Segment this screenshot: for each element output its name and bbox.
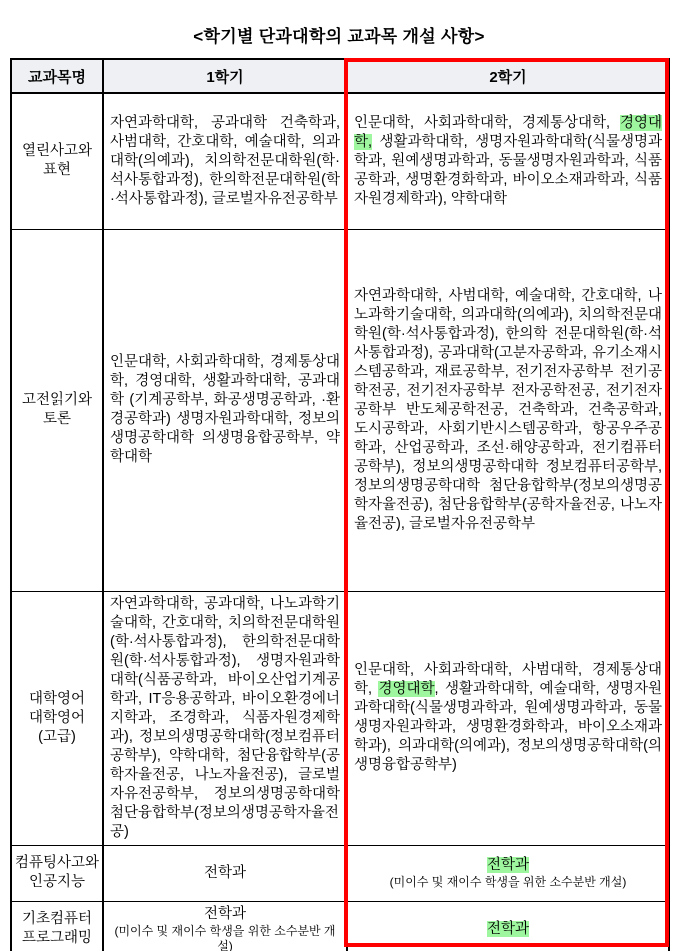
table-row: 고전읽기와 토론 인문대학, 사회과학대학, 경제통상대학, 경영대학, 생활과…: [11, 229, 669, 591]
cell-note: (미이수 및 재이수 학생을 위한 소수분반 개설): [110, 924, 340, 951]
highlighted-text: 전학과: [487, 857, 529, 873]
table-row: 대학영어 대학영어 (고급) 자연과학대학, 공과대학, 나노과학기술대학, 간…: [11, 591, 669, 845]
sem1-cell: 자연과학대학, 공과대학, 나노과학기술대학, 간호대학, 치의학전문대학원(학…: [103, 591, 347, 845]
cell-text: 자연과학대학, 공과대학, 나노과학기술대학, 간호대학, 치의학전문대학원(학…: [110, 596, 340, 840]
cell-text: 자연과학대학, 사범대학, 예술대학, 간호대학, 나노과학기술대학, 의과대학…: [354, 288, 662, 532]
highlighted-text: 경영대학: [378, 681, 434, 697]
header-row: 교과목명 1학기 2학기: [11, 59, 669, 93]
course-name-cell: 컴퓨팅사고와 인공지능: [11, 845, 103, 901]
sem2-cell: 자연과학대학, 사범대학, 예술대학, 간호대학, 나노과학기술대학, 의과대학…: [347, 229, 669, 591]
cell-text: 전학과: [204, 865, 246, 881]
sem1-cell: 전학과: [103, 845, 347, 901]
document-page: <학기별 단과대학의 교과목 개설 사항> 교과목명 1학기 2학기 열린사고와…: [0, 0, 678, 951]
cell-text: 전학과: [204, 906, 246, 922]
course-name-cell: 열린사고와 표현: [11, 93, 103, 229]
page-title: <학기별 단과대학의 교과목 개설 사항>: [0, 22, 678, 47]
cell-text: 생활과학대학, 생명자원과학대학(식물생명과학과, 원예생명과학과, 동물생명자…: [354, 134, 662, 207]
header-semester-2: 2학기: [347, 59, 669, 93]
header-semester-1: 1학기: [103, 59, 347, 93]
table-row: 컴퓨팅사고와 인공지능 전학과 전학과 (미이수 및 재이수 학생을 위한 소수…: [11, 845, 669, 901]
sem2-cell: 인문대학, 사회과학대학, 사범대학, 경제통상대학, 경영대학, 생활과학대학…: [347, 591, 669, 845]
sem2-cell: 인문대학, 사회과학대학, 경제통상대학, 경영대학, 생활과학대학, 생명자원…: [347, 93, 669, 229]
cell-note: (미이수 및 재이수 학생을 위한 소수분반 개설): [354, 875, 662, 890]
course-name-cell: 기초컴퓨터 프로그래밍: [11, 901, 103, 951]
cell-text: 자연과학대학, 공과대학 건축학과, 사범대학, 간호대학, 예술대학, 의과대…: [110, 115, 340, 207]
course-name-cell: 고전읽기와 토론: [11, 229, 103, 591]
sem1-cell: 자연과학대학, 공과대학 건축학과, 사범대학, 간호대학, 예술대학, 의과대…: [103, 93, 347, 229]
sem1-cell: 인문대학, 사회과학대학, 경제통상대학, 경영대학, 생활과학대학, 공과대학…: [103, 229, 347, 591]
cell-text: 인문대학, 사회과학대학, 경제통상대학,: [354, 115, 620, 131]
header-course-name: 교과목명: [11, 59, 103, 93]
course-name-cell: 대학영어 대학영어 (고급): [11, 591, 103, 845]
course-table: 교과목명 1학기 2학기 열린사고와 표현 자연과학대학, 공과대학 건축학과,…: [10, 58, 670, 951]
sem1-cell: 전학과 (미이수 및 재이수 학생을 위한 소수분반 개설): [103, 901, 347, 951]
sem2-cell: 전학과 (미이수 및 재이수 학생을 위한 소수분반 개설): [347, 845, 669, 901]
table-row: 열린사고와 표현 자연과학대학, 공과대학 건축학과, 사범대학, 간호대학, …: [11, 93, 669, 229]
cell-text: 인문대학, 사회과학대학, 경제통상대학, 경영대학, 생활과학대학, 공과대학…: [110, 354, 340, 465]
highlighted-text: 전학과: [487, 921, 529, 937]
sem2-cell: 전학과: [347, 901, 669, 951]
course-table-wrap: 교과목명 1학기 2학기 열린사고와 표현 자연과학대학, 공과대학 건축학과,…: [10, 58, 670, 951]
table-row: 기초컴퓨터 프로그래밍 전학과 (미이수 및 재이수 학생을 위한 소수분반 개…: [11, 901, 669, 951]
